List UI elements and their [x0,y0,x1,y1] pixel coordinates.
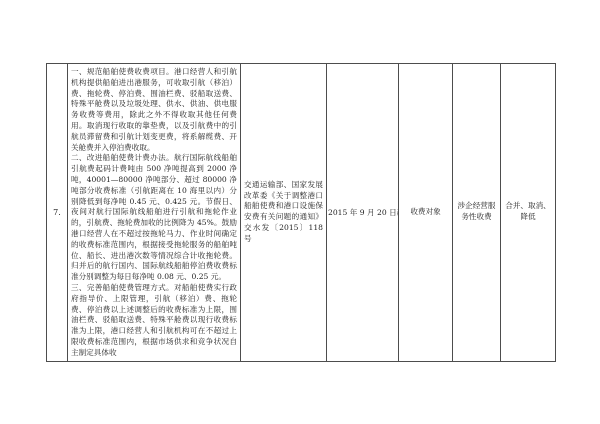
measure-paragraph-3: 三、完善船舶使费管理方式。对船舶使费实行政府指导价、上限管理，引航（移泊）费、拖… [71,283,237,359]
measures-cell: 一、规范船舶使费收费项目。港口经营人和引航机构提供船舶进出港服务，可收取引航（移… [68,64,241,362]
fee-category-cell: 涉企经营服务性收费 [453,64,501,362]
fee-target-cell: 收费对象 [399,64,453,362]
document-page: 7. 一、规范船舶使费收费项目。港口经营人和引航机构提供船舶进出港服务，可收取引… [0,0,600,424]
row-number-cell: 7. [47,64,68,362]
table-row: 7. 一、规范船舶使费收费项目。港口经营人和引航机构提供船舶进出港服务，可收取引… [47,64,556,362]
fee-regulation-table: 7. 一、规范船舶使费收费项目。港口经营人和引航机构提供船舶进出港服务，可收取引… [46,63,556,362]
basis-document-cell: 交通运输部、国家发展改革委《关于调整港口船舶使费和港口设施保安费有关问题的通知》… [241,64,327,362]
adjustment-action-cell: 合并、取消、降低 [501,64,556,362]
effective-date-cell: 2015 年 9 月 20 日起 [327,64,399,362]
measure-paragraph-2: 二、改进船舶使费计费办法。航行国际航线船舶引航费起码计费吨由 500 净吨提高到… [71,153,237,283]
measure-paragraph-1: 一、规范船舶使费收费项目。港口经营人和引航机构提供船舶进出港服务，可收取引航（移… [71,67,237,153]
